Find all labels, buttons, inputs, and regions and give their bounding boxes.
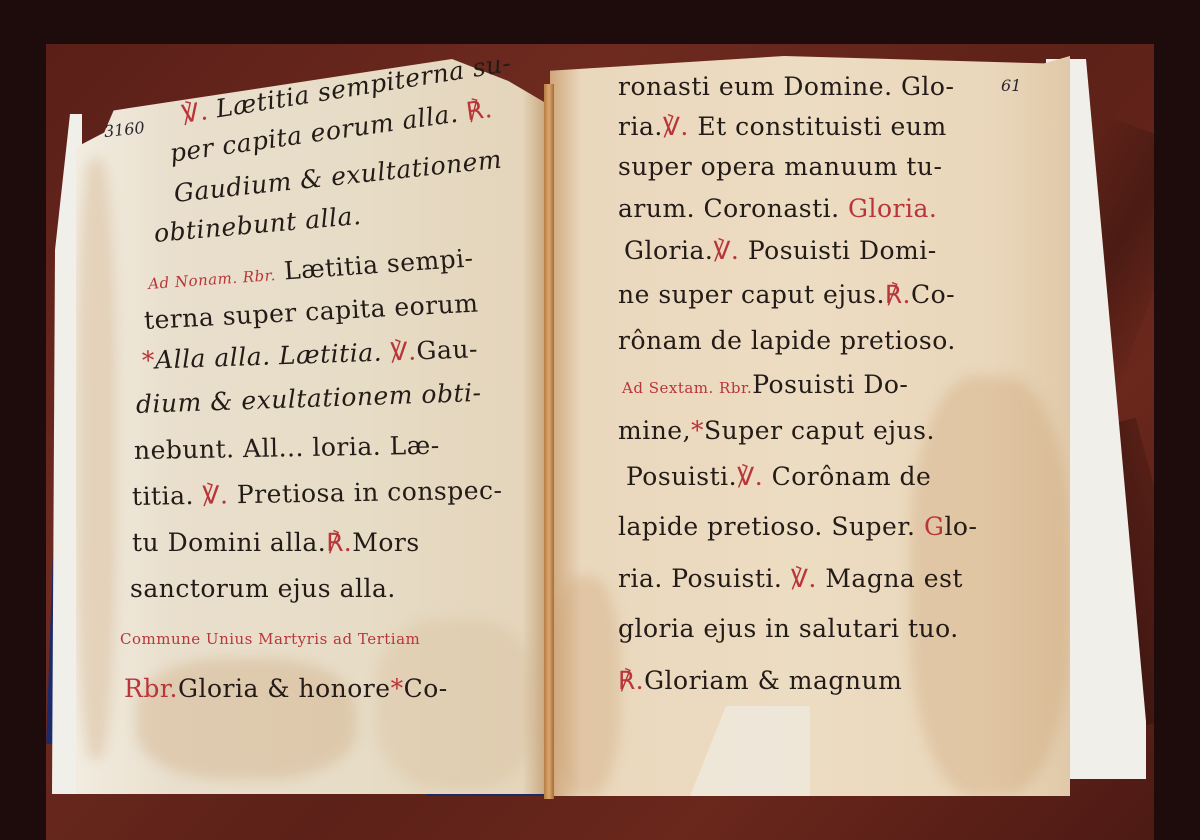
text-line: Gloria.℣. Posuisti Domi- <box>624 236 937 265</box>
text-line: ronasti eum Domine. Glo- <box>618 72 954 101</box>
text-line: Ad Sextam. Rbr.Posuisti Do- <box>622 370 908 399</box>
text-line: lapide pretioso. Super. Glo- <box>618 512 977 541</box>
text-line: ria.℣. Et constituisti eum <box>618 112 947 141</box>
text-line: ria. Posuisti. ℣. Magna est <box>618 564 963 593</box>
text-line: gloria ejus in salutari tuo. <box>618 614 959 643</box>
text-line: arum. Coronasti. Gloria. <box>618 194 937 223</box>
text-line: Posuisti.℣. Corônam de <box>626 462 931 491</box>
text-line: super opera manuum tu- <box>618 152 942 181</box>
text-line: Rbr.Gloria & honore*Co- <box>124 674 448 703</box>
text-line: tu Domini alla.℟.Mors <box>132 528 420 557</box>
text-line: rônam de lapide pretioso. <box>618 326 956 355</box>
text-line: ℟.Gloriam & magnum <box>618 666 902 695</box>
text-line: nebunt. All... loria. Læ- <box>134 431 440 465</box>
page-number-right: 61 <box>1001 76 1021 95</box>
text-line: sanctorum ejus alla. <box>130 574 396 603</box>
text-line: mine,*Super caput ejus. <box>618 416 935 445</box>
rubric-line: Commune Unius Martyris ad Tertiam <box>120 630 420 648</box>
text-line: ne super caput ejus.℟.Co- <box>618 280 955 309</box>
photograph: 3160 ℣. Lætitia sempiterna su- per capit… <box>46 44 1154 840</box>
book-spine <box>544 84 554 799</box>
